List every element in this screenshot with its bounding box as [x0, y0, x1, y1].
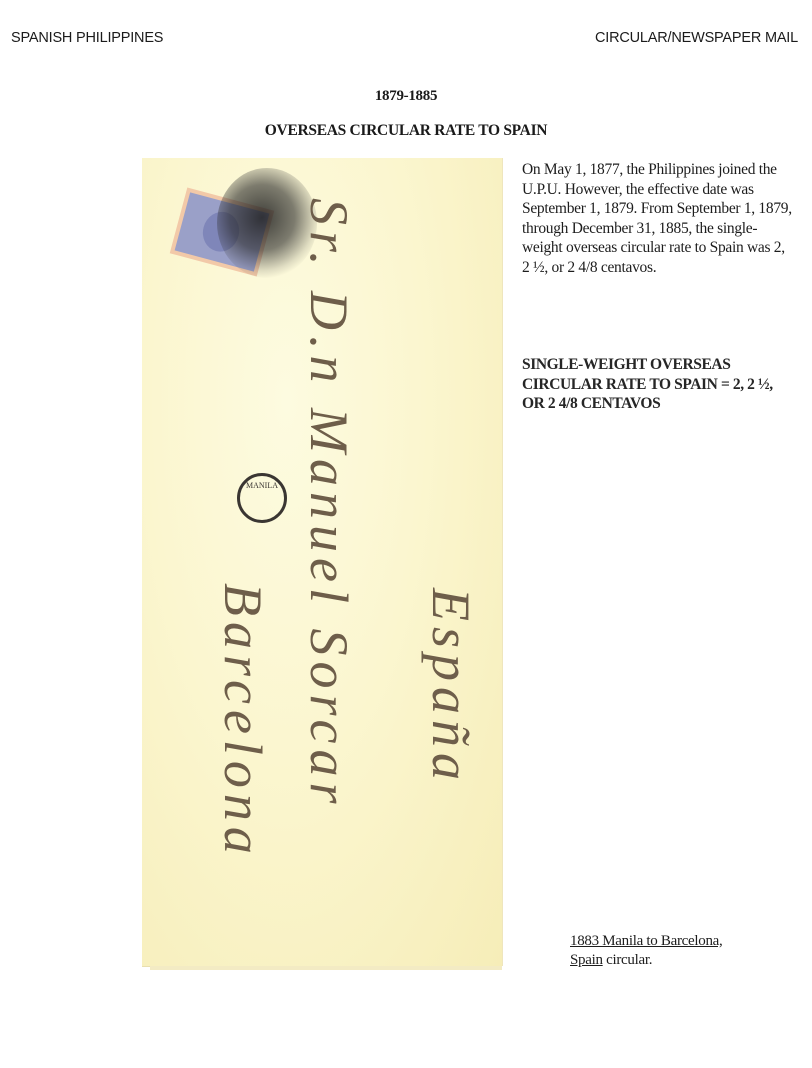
caption-line-1: 1883 Manila to Barcelona,	[570, 933, 722, 949]
item-caption: 1883 Manila to Barcelona, Spain circular…	[570, 932, 790, 970]
header-section-title: CIRCULAR/NEWSPAPER MAIL	[595, 30, 798, 46]
address-line-city: Barcelona	[212, 583, 274, 860]
address-line-addressee: Sr. D.n Manuel Sorcar	[298, 198, 360, 809]
caption-suffix: circular.	[603, 952, 652, 968]
circular-postmark: MANILA	[237, 473, 287, 523]
description-text: On May 1, 1877, the Philippines joined t…	[522, 160, 792, 277]
page-title: OVERSEAS CIRCULAR RATE TO SPAIN	[0, 122, 812, 140]
envelope-image: MANILA Sr. D.n Manuel Sorcar España Barc…	[142, 158, 502, 966]
caption-country: Spain	[570, 952, 603, 968]
period-heading: 1879-1885	[0, 88, 812, 105]
rate-summary: SINGLE-WEIGHT OVERSEAS CIRCULAR RATE TO …	[522, 355, 792, 414]
header-collection-title: SPANISH PHILIPPINES	[11, 30, 163, 46]
postmark-text: MANILA	[240, 480, 284, 492]
address-line-country: España	[420, 588, 482, 786]
